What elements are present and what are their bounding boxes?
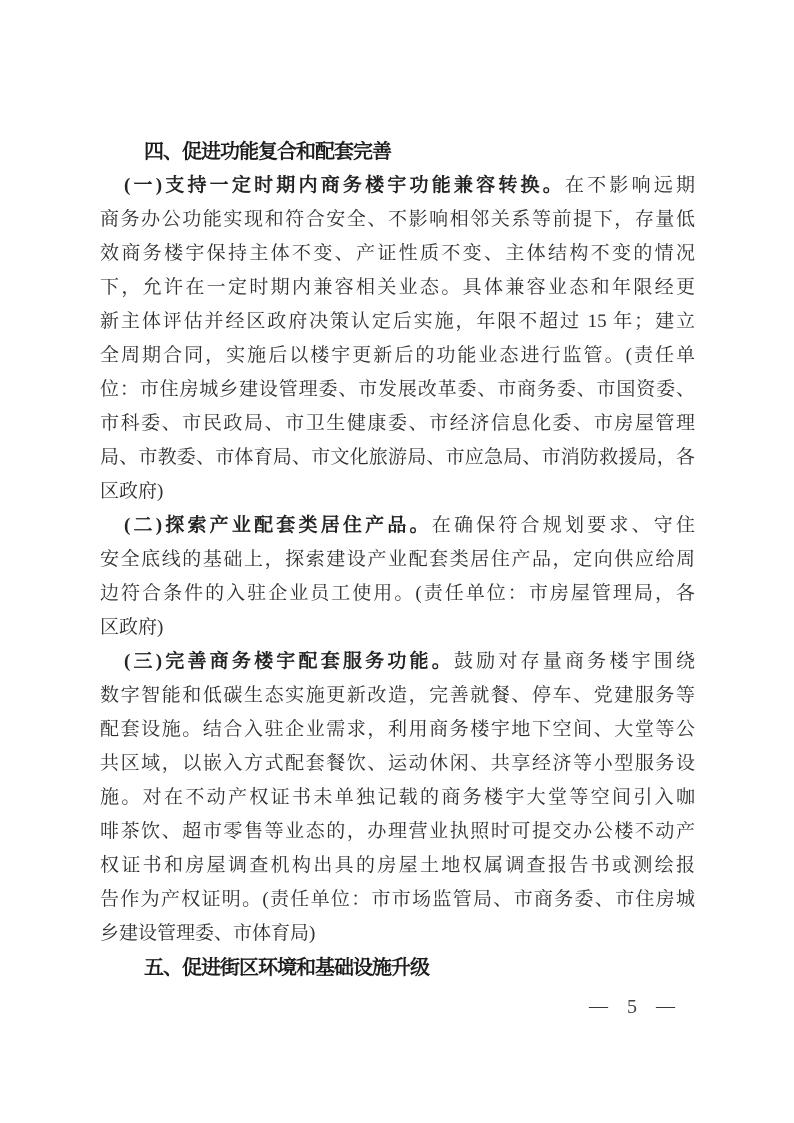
- paragraph-text: 告作为产权证明。(责任单位：市市场监管局、市商务委、市住房城: [100, 889, 695, 910]
- text-line: 区政府): [100, 611, 695, 645]
- text-line: 商务办公功能实现和符合安全、不影响相邻关系等前提下，存量低: [100, 203, 695, 237]
- text-line: 乡建设管理委、市体育局): [100, 917, 695, 951]
- paragraph-text: 在确保符合规划要求、守住: [432, 515, 695, 536]
- page-number: 5: [627, 996, 637, 1019]
- text-line: 共区域，以嵌入方式配套餐饮、运动休闲、共享经济等小型服务设: [100, 747, 695, 781]
- text-line: 啡茶饮、超市零售等业态的，办理营业执照时可提交办公楼不动产: [100, 815, 695, 849]
- paragraph: (一)支持一定时期内商务楼宇功能兼容转换。在不影响远期商务办公功能实现和符合安全…: [100, 169, 695, 509]
- paragraph: (二)探索产业配套类居住产品。在确保符合规划要求、守住安全底线的基础上，探索建设…: [100, 509, 695, 645]
- text-line: 边符合条件的入驻企业员工使用。(责任单位：市房屋管理局，各: [100, 577, 695, 611]
- text-line: 局、市教委、市体育局、市文化旅游局、市应急局、市消防救援局，各: [100, 441, 695, 475]
- paragraph-text: 安全底线的基础上，探索建设产业配套类居住产品，定向供应给周: [100, 549, 695, 570]
- text-line: 下，允许在一定时期内兼容相关业态。具体兼容业态和年限经更: [100, 271, 695, 305]
- paragraph-text: 区政府): [100, 617, 163, 638]
- text-line: 告作为产权证明。(责任单位：市市场监管局、市商务委、市住房城: [100, 883, 695, 917]
- document-body: 四、促进功能复合和配套完善(一)支持一定时期内商务楼宇功能兼容转换。在不影响远期…: [100, 135, 695, 985]
- paragraph-text: 配套设施。结合入驻企业需求，利用商务楼宇地下空间、大堂等公: [100, 719, 695, 740]
- section-heading: 四、促进功能复合和配套完善: [100, 135, 695, 169]
- paragraph-text: 鼓励对存量商务楼宇围绕: [454, 651, 695, 672]
- paragraph-text: 施。对在不动产权证书未单独记载的商务楼宇大堂等空间引入咖: [100, 787, 695, 808]
- text-line: 施。对在不动产权证书未单独记载的商务楼宇大堂等空间引入咖: [100, 781, 695, 815]
- text-line: 权证书和房屋调查机构出具的房屋土地权属调查报告书或测绘报: [100, 849, 695, 883]
- paragraph-text: 在不影响远期: [565, 175, 695, 196]
- text-line: 位：市住房城乡建设管理委、市发展改革委、市商务委、市国资委、: [100, 373, 695, 407]
- text-line: 新主体评估并经区政府决策认定后实施，年限不超过 15 年；建立: [100, 305, 695, 339]
- paragraph-lead: (二)探索产业配套类居住产品。: [124, 515, 432, 536]
- section-heading: 五、促进街区环境和基础设施升级: [100, 951, 695, 985]
- text-line: 数字智能和低碳生态实施更新改造，完善就餐、停车、党建服务等: [100, 679, 695, 713]
- text-line: 效商务楼宇保持主体不变、产证性质不变、主体结构不变的情况: [100, 237, 695, 271]
- text-line: (一)支持一定时期内商务楼宇功能兼容转换。在不影响远期: [100, 169, 695, 203]
- paragraph-text: 商务办公功能实现和符合安全、不影响相邻关系等前提下，存量低: [100, 209, 695, 230]
- text-line: 市科委、市民政局、市卫生健康委、市经济信息化委、市房屋管理: [100, 407, 695, 441]
- paragraph-lead: (三)完善商务楼宇配套服务功能。: [124, 651, 454, 672]
- paragraph-text: 效商务楼宇保持主体不变、产证性质不变、主体结构不变的情况: [100, 243, 695, 264]
- paragraph-text: 权证书和房屋调查机构出具的房屋土地权属调查报告书或测绘报: [100, 855, 695, 876]
- text-line: (三)完善商务楼宇配套服务功能。鼓励对存量商务楼宇围绕: [100, 645, 695, 679]
- text-line: 安全底线的基础上，探索建设产业配套类居住产品，定向供应给周: [100, 543, 695, 577]
- paragraph-text: 位：市住房城乡建设管理委、市发展改革委、市商务委、市国资委、: [100, 379, 695, 400]
- paragraph-text: 区政府): [100, 481, 163, 502]
- paragraph-text: 边符合条件的入驻企业员工使用。(责任单位：市房屋管理局，各: [100, 583, 695, 604]
- paragraph-text: 共区域，以嵌入方式配套餐饮、运动休闲、共享经济等小型服务设: [100, 753, 695, 774]
- paragraph-text: 下，允许在一定时期内兼容相关业态。具体兼容业态和年限经更: [100, 277, 695, 298]
- text-line: (二)探索产业配套类居住产品。在确保符合规划要求、守住: [100, 509, 695, 543]
- paragraph-text: 数字智能和低碳生态实施更新改造，完善就餐、停车、党建服务等: [100, 685, 695, 706]
- paragraph-text: 市科委、市民政局、市卫生健康委、市经济信息化委、市房屋管理: [100, 413, 695, 434]
- paragraph-text: 全周期合同，实施后以楼宇更新后的功能业态进行监管。(责任单: [100, 345, 695, 366]
- page-footer: — 5 —: [589, 994, 675, 1020]
- paragraph-text: 乡建设管理委、市体育局): [100, 923, 315, 944]
- text-line: 全周期合同，实施后以楼宇更新后的功能业态进行监管。(责任单: [100, 339, 695, 373]
- footer-dash-left: —: [589, 996, 608, 1018]
- paragraph: (三)完善商务楼宇配套服务功能。鼓励对存量商务楼宇围绕数字智能和低碳生态实施更新…: [100, 645, 695, 951]
- paragraph-text: 局、市教委、市体育局、市文化旅游局、市应急局、市消防救援局，各: [100, 447, 695, 468]
- paragraph-text: 新主体评估并经区政府决策认定后实施，年限不超过 15 年；建立: [100, 311, 695, 332]
- text-line: 配套设施。结合入驻企业需求，利用商务楼宇地下空间、大堂等公: [100, 713, 695, 747]
- footer-dash-right: —: [656, 996, 675, 1018]
- paragraph-text: 啡茶饮、超市零售等业态的，办理营业执照时可提交办公楼不动产: [100, 821, 695, 842]
- document-page: 四、促进功能复合和配套完善(一)支持一定时期内商务楼宇功能兼容转换。在不影响远期…: [0, 0, 794, 1123]
- paragraph-lead: (一)支持一定时期内商务楼宇功能兼容转换。: [124, 175, 565, 196]
- text-line: 区政府): [100, 475, 695, 509]
